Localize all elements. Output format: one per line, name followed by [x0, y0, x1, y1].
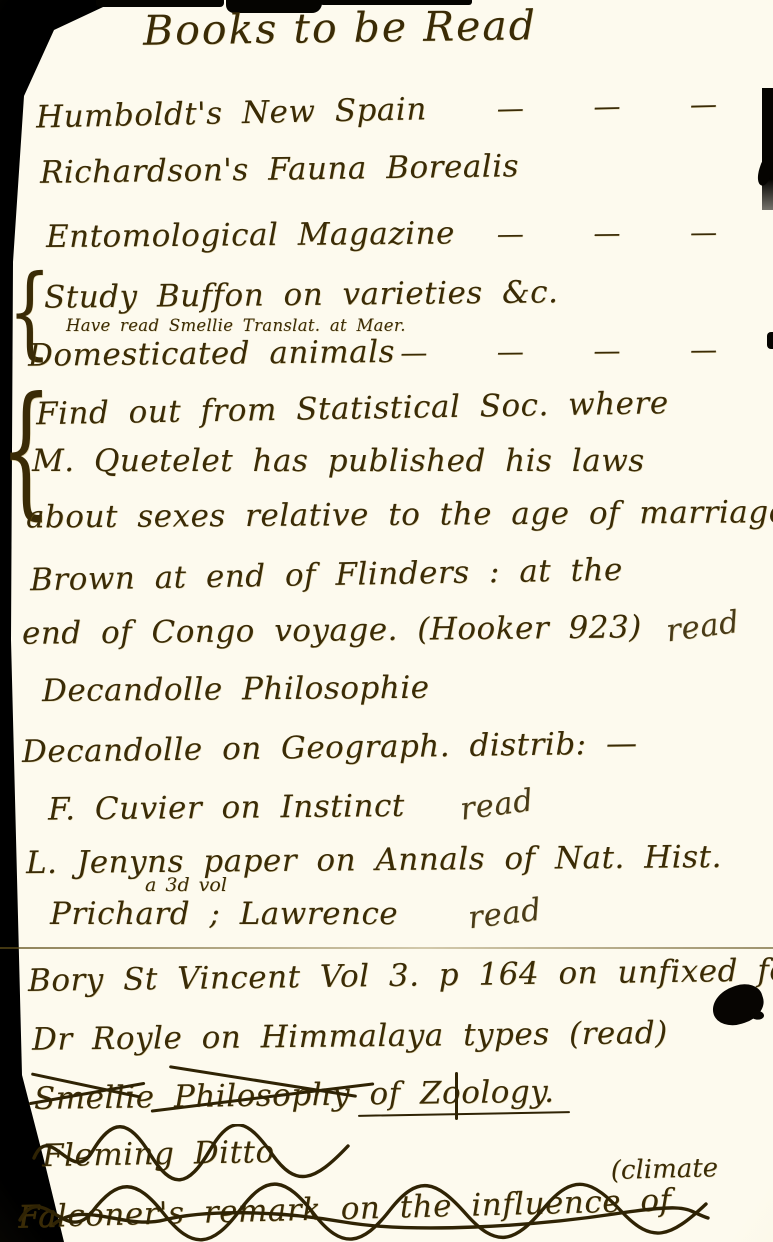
entry-text: Dr Royle on Himmalaya types (read): [32, 1015, 668, 1058]
entry-line: a 3d vol Prichard ; Lawrence read: [50, 896, 747, 932]
page-title: Books to be Read: [110, 1, 571, 55]
entry-text: Decandolle Philosophie: [42, 670, 430, 709]
entry-text: M. Quetelet has published his laws: [32, 443, 645, 479]
entry-text: L. Jenyns paper on Annals of Nat. Hist.: [26, 839, 722, 881]
dash-marks: — — —: [497, 89, 748, 125]
entry-text: F. Cuvier on Instinct: [48, 788, 405, 828]
read-annotation: read: [458, 782, 536, 827]
scan-edge-artifact: [762, 88, 773, 210]
entry-text: Prichard ; Lawrence: [50, 896, 398, 932]
wavy-strikethrough-mark: [28, 1124, 358, 1184]
entry-line: end of Congo voyage. (Hooker 923) read: [22, 608, 747, 652]
entry-text: Domesticated animals: [28, 334, 395, 374]
entry-line: M. Quetelet has published his laws: [32, 443, 747, 479]
section-divider-line: [0, 947, 773, 949]
inserted-note: a 3d vol: [145, 874, 227, 896]
entry-line: Study Buffon on varieties &c.: [44, 272, 747, 315]
entry-line: Domesticated animals — — — —: [28, 330, 747, 374]
entry-line: Decandolle Philosophie: [42, 667, 747, 709]
dash-marks: — — —: [497, 217, 747, 250]
entry-text: Richardson's Fauna Borealis: [40, 148, 520, 191]
wavy-strikethrough-mark: [14, 1180, 714, 1242]
entry-text: about sexes relative to the age of marri…: [26, 494, 773, 535]
interlined-note: Have read Smellie Translat. at Maer.: [66, 316, 406, 335]
entry-text: Entomological Magazine: [46, 215, 455, 255]
entry-line: L. Jenyns paper on Annals of Nat. Hist.: [26, 839, 747, 881]
entry-line: Entomological Magazine — — —: [46, 213, 747, 255]
entry-text: Study Buffon on varieties &c.: [44, 274, 559, 315]
read-annotation: read: [466, 892, 543, 937]
entry-line: Dr Royle on Himmalaya types (read): [32, 1014, 747, 1057]
read-annotation: read: [663, 604, 741, 649]
entry-line: F. Cuvier on Instinct read: [48, 784, 747, 827]
scan-edge-artifact: [767, 332, 773, 349]
dash-marks: — — — —: [400, 334, 747, 369]
entry-text: Smellie Philosophy of Zoology.: [34, 1074, 555, 1117]
entry-line: about sexes relative to the age of marri…: [26, 494, 747, 535]
entry-text: end of Congo voyage. (Hooker 923): [22, 609, 642, 651]
